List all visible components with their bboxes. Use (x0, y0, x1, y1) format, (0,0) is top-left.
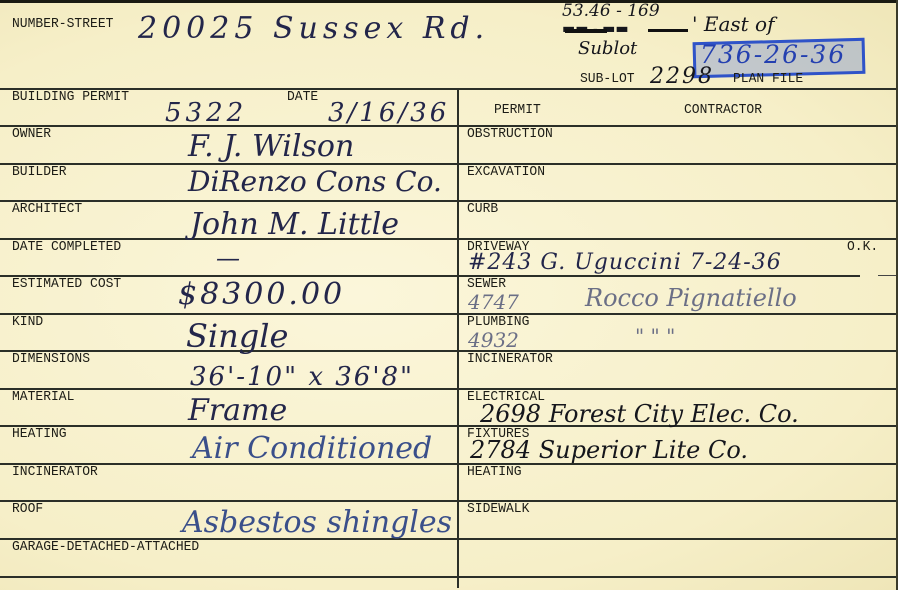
driveway-value: #243 G. Uguccini 7-24-36 (468, 252, 782, 274)
garage-label: GARAGE-DETACHED-ATTACHED (12, 540, 199, 555)
owner-label: OWNER (12, 127, 51, 142)
sewer-contractor: Rocco Pignatiello (585, 286, 797, 310)
electrical-value: 2698 Forest City Elec. Co. (480, 402, 799, 426)
rule (0, 350, 896, 352)
number-street-value: 20025 Sussex Rd. (138, 14, 489, 44)
driveway-status: O.K. (847, 240, 878, 255)
rule (0, 576, 896, 578)
sub-lot-label: SUB-LOT (580, 72, 635, 87)
rule (0, 388, 896, 390)
sidewalk-label: SIDEWALK (467, 502, 529, 517)
excavation-label: EXCAVATION (467, 165, 545, 180)
building-permit-value: 5322 (165, 100, 247, 126)
architect-value: John M. Little (190, 210, 399, 240)
rule (0, 313, 896, 315)
builder-label: BUILDER (12, 165, 67, 180)
number-street-label: NUMBER-STREET (12, 17, 113, 32)
fixtures-value: 2784 Superior Lite Co. (470, 438, 748, 462)
permit-index-card: NUMBER-STREET 20025 Sussex Rd. 53.46 - 1… (0, 0, 898, 590)
rule (0, 238, 896, 240)
kind-value: Single (186, 320, 288, 352)
kind-label: KIND (12, 315, 43, 330)
ok-underline (878, 275, 896, 276)
heating-permit-label: HEATING (467, 465, 522, 480)
rule (0, 275, 860, 277)
incinerator-label: INCINERATOR (12, 465, 98, 480)
owner-value: F. J. Wilson (188, 132, 354, 162)
date-completed-value: — (216, 246, 240, 270)
material-label: MATERIAL (12, 390, 74, 405)
rule (0, 500, 896, 502)
rule (0, 163, 896, 165)
obstruction-label: OBSTRUCTION (467, 127, 553, 142)
strikeout-mark (565, 29, 607, 33)
lot-note-east: ' East of (692, 14, 774, 34)
building-permit-label: BUILDING PERMIT (12, 90, 129, 105)
column-divider (457, 88, 459, 588)
sub-lot-value: 2298 (650, 66, 714, 88)
rule (0, 88, 896, 90)
roof-label: ROOF (12, 502, 43, 517)
card-top-edge (0, 0, 898, 3)
curb-label: CURB (467, 202, 498, 217)
plan-file-label: PLAN FILE (733, 72, 803, 87)
builder-value: DiRenzo Cons Co. (188, 168, 442, 196)
rule (0, 200, 896, 202)
plumbing-contractor: " " " (635, 326, 675, 346)
permit-column-header: PERMIT (494, 103, 541, 118)
heating-value: Air Conditioned (192, 434, 432, 464)
dimensions-value: 36'-10" x 36'8" (190, 364, 414, 390)
dimensions-label: DIMENSIONS (12, 352, 90, 367)
plumbing-permit-number: 4932 (468, 330, 519, 350)
date-value: 3/16/36 (328, 100, 449, 126)
incinerator-permit-label: INCINERATOR (467, 352, 553, 367)
sewer-permit-number: 4747 (468, 292, 519, 312)
date-label: DATE (287, 90, 318, 105)
architect-label: ARCHITECT (12, 202, 82, 217)
strikeout-mark (648, 29, 688, 32)
contractor-column-header: CONTRACTOR (684, 103, 762, 118)
estimated-cost-value: $8300.00 (178, 280, 345, 310)
material-value: Frame (188, 396, 287, 426)
lot-note-top: 53.46 - 169 (562, 3, 660, 20)
heating-label: HEATING (12, 427, 67, 442)
date-completed-label: DATE COMPLETED (12, 240, 121, 255)
roof-value: Asbestos shingles (182, 508, 452, 538)
stamp-number: 736-26-36 (700, 40, 846, 69)
rule (0, 463, 896, 465)
lot-note-sublot: Sublot (578, 40, 637, 58)
estimated-cost-label: ESTIMATED COST (12, 277, 121, 292)
